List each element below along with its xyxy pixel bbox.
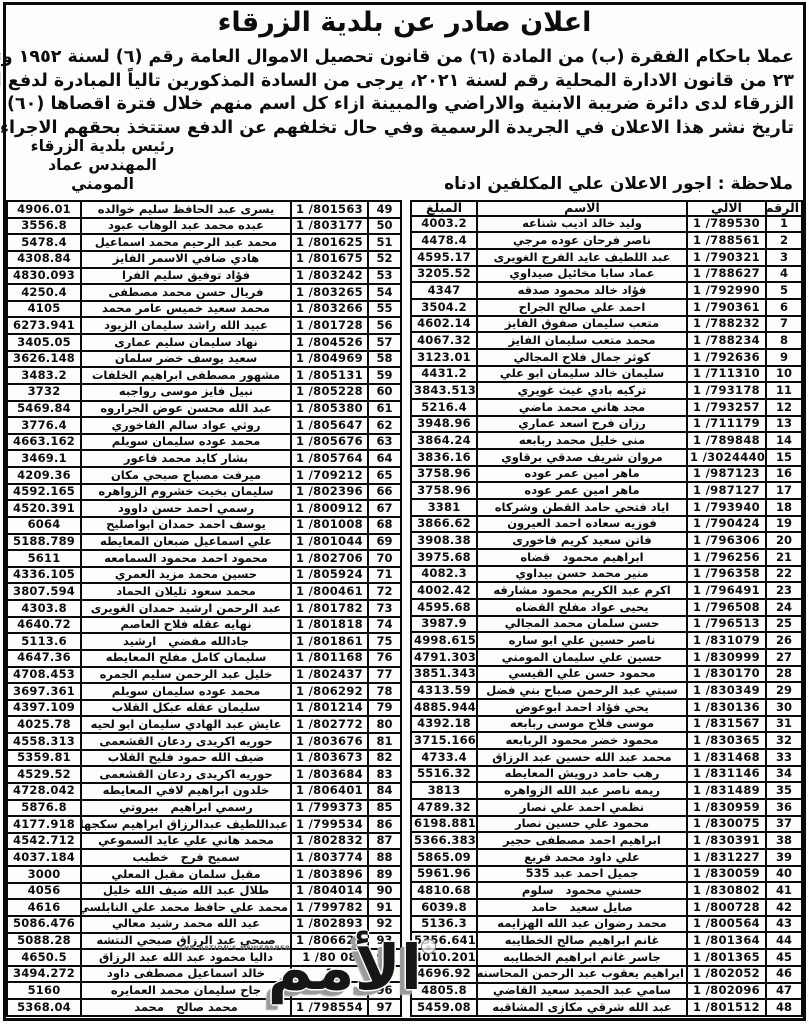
table-row: 641 /805764بشار كايد محمد فاعور3469.1 <box>7 450 401 467</box>
file-number: 1 /801782 <box>291 600 368 617</box>
file-number: 1 /790424 <box>687 516 766 533</box>
row-number: 25 <box>766 616 802 633</box>
amount-due: 4056 <box>7 883 81 900</box>
taxpayer-name: محمد عوده سليمان سويلم <box>81 434 291 451</box>
amount-due: 4906.01 <box>7 201 81 218</box>
row-number: 45 <box>766 949 802 966</box>
table-row: 41 /788627عماد سابا مخائيل صيداوي3205.52 <box>411 266 802 283</box>
taxpayer-name: محمد متعب سليمان الفايز <box>477 332 687 349</box>
amount-due: 4696.92 <box>411 966 477 983</box>
table-row: 291 /830349سبتي عبد الرحمن صباح بني فضل4… <box>411 682 802 699</box>
row-number: 86 <box>368 816 401 833</box>
row-number: 64 <box>368 450 401 467</box>
amount-due: 3758.96 <box>411 482 477 499</box>
table-row: 851 /799373رسمي ابراهيم بيروتي5876.8 <box>7 800 401 817</box>
file-number: 1 /830349 <box>687 682 766 699</box>
row-number: 49 <box>368 201 401 218</box>
taxpayer-name: محمد هاني علي عايد السموعي <box>81 833 291 850</box>
file-number: 1 /796491 <box>687 582 766 599</box>
taxpayer-name: فريال حسن محمد مصطفى <box>81 284 291 301</box>
table-row: 751 /801861جادالله مفضي ارشيد5113.6 <box>7 633 401 650</box>
row-number: 94 <box>368 949 401 966</box>
amount-due: 3483.2 <box>7 367 81 384</box>
taxpayer-name: حسن سلمان محمد المجالي <box>477 616 687 633</box>
row-number: 33 <box>766 749 802 766</box>
table-row: 541 /803265فريال حسن محمد مصطفى4250.4 <box>7 284 401 301</box>
amount-due: 3866.62 <box>411 516 477 533</box>
table-row: 581 /804969سعيد يوسف خضر سلمان3626.148 <box>7 351 401 368</box>
file-number: 1 /830802 <box>687 882 766 899</box>
amount-due: 3975.68 <box>411 549 477 566</box>
taxpayer-name: ضيف الله حمود فليح القلاب <box>81 750 291 767</box>
file-number: 1 /803242 <box>291 268 368 285</box>
taxpayer-name: يحي فؤاد احمد ابوعوض <box>477 699 687 716</box>
amount-due: 3504.2 <box>411 299 477 316</box>
file-number: 1 /801728 <box>291 317 368 334</box>
file-number: 1 /801563 <box>291 201 368 218</box>
table-row: 31 /790321عبد اللطيف عايد الفرج الغويرى4… <box>411 249 802 266</box>
row-number: 28 <box>766 666 802 683</box>
row-number: 81 <box>368 733 401 750</box>
file-number: 1 /802096 <box>687 983 766 1000</box>
table-row: 911 /799782محمد علي حافظ محمد علي النابل… <box>7 899 401 916</box>
taxpayer-name: جاسر غانم ابراهيم الخطايبه <box>477 949 687 966</box>
file-number: 1 /799373 <box>291 800 368 817</box>
taxpayer-name: اياد فتحي حامد القطن وشركاه <box>477 499 687 516</box>
file-number: 1 /831468 <box>687 749 766 766</box>
amount-due: 4347 <box>411 282 477 299</box>
amount-due: 6064 <box>7 517 81 534</box>
row-number: 80 <box>368 716 401 733</box>
table-row: 811 /803676حوريه اكريدى ردعان القشعمى455… <box>7 733 401 750</box>
taxpayer-name: ابراهيم يعقوب عبد الرحمن المحاسنه <box>477 966 687 983</box>
file-number: 1 <box>291 966 368 983</box>
taxpayer-name: نهاد سليمان سليم عمارى <box>81 334 291 351</box>
amount-due: 5188.789 <box>7 534 81 551</box>
body-line-1: عملا باحكام الفقرة (ب) من المادة (٦) من … <box>15 46 794 70</box>
file-number: 1 /801861 <box>291 633 368 650</box>
amount-due: 3697.361 <box>7 683 81 700</box>
row-number: 43 <box>766 916 802 933</box>
amount-due: 4025.78 <box>7 716 81 733</box>
taxpayer-name: جادالله مفضي ارشيد <box>81 633 291 650</box>
table-row: 231 /796491اكرم عبد الكريم محمود مشارقه4… <box>411 582 802 599</box>
amount-due: 4303.8 <box>7 600 81 617</box>
amount-due: 4805.8 <box>411 983 477 1000</box>
amount-due: 4082.3 <box>411 566 477 583</box>
row-number: 46 <box>766 966 802 983</box>
file-number: 1 /831489 <box>687 782 766 799</box>
taxpayer-name: ناصر فرحان عوده مرجي <box>477 232 687 249</box>
file-number: 1 /987123 <box>687 466 766 483</box>
row-number: 51 <box>368 234 401 251</box>
table-row: 941 /80 08داليا محمود عبد الله عبد الرزا… <box>7 949 401 966</box>
row-number: 63 <box>368 434 401 451</box>
row-number: 74 <box>368 617 401 634</box>
row-number: 76 <box>368 650 401 667</box>
table-row: 571 /804526نهاد سليمان سليم عمارى3405.05 <box>7 334 401 351</box>
taxpayer-name: محمود خضر محمود الربابعه <box>477 732 687 749</box>
file-number: 1 /830391 <box>687 832 766 849</box>
row-number: 67 <box>368 500 401 517</box>
amount-due: 5216.4 <box>411 399 477 416</box>
taxpayer-name: منى خليل محمد ربابعه <box>477 432 687 449</box>
file-number: 1 /831227 <box>687 849 766 866</box>
taxpayer-name: عبد الله محسن عوض الجراروه <box>81 401 291 418</box>
amount-due: 4308.84 <box>7 251 81 268</box>
taxpayer-name: يوسف احمد حمدان ابواصليح <box>81 517 291 534</box>
table-row: 101 /711310سليمان خالد سليمان ابو علي443… <box>411 366 802 383</box>
amount-due: 3494.272 <box>7 966 81 983</box>
newspaper-announcement: اعلان صادر عن بلدية الزرقاء عملا باحكام … <box>0 0 809 1024</box>
table-row: 121 /793257مجد هاني محمد ماضي5216.4 <box>411 399 802 416</box>
amount-due: 3405.05 <box>7 334 81 351</box>
row-number: 77 <box>368 667 401 684</box>
file-number: 1 /802832 <box>291 833 368 850</box>
file-number: 1 /80 08 <box>291 949 368 966</box>
row-number: 69 <box>368 534 401 551</box>
table-row: 21 /788561ناصر فرحان عوده مرجي4478.4 <box>411 232 802 249</box>
amount-due: 4602.14 <box>411 316 477 333</box>
row-number: 30 <box>766 699 802 716</box>
row-number: 71 <box>368 567 401 584</box>
taxpayer-name: مجد هاني محمد ماضي <box>477 399 687 416</box>
table-row: 341 /831146رهب حامد درويش المعايطه5516.3… <box>411 766 802 783</box>
taxpayer-name: عبده محمد عبد الوهاب عبود <box>81 218 291 235</box>
amount-due: 4010.201 <box>411 949 477 966</box>
taxpayer-name: نظمي احمد علي نصار <box>477 799 687 816</box>
taxpayer-name: ابراهيم محمود قضاه <box>477 549 687 566</box>
taxpayer-name: حسين محمد مزيد العمري <box>81 567 291 584</box>
file-number: 1 /801818 <box>291 617 368 634</box>
amount-due: 5359.81 <box>7 750 81 767</box>
file-number: 1 /805924 <box>291 567 368 584</box>
amount-due: 4592.165 <box>7 484 81 501</box>
amount-due: 5160 <box>7 982 81 999</box>
file-number: 1 /987127 <box>687 482 766 499</box>
taxpayer-name: فاتن سعيد كريم فاخورى <box>477 532 687 549</box>
signature-name: المهندس عماد المومني <box>20 156 185 194</box>
taxpayer-name: نهايه عقله فلاح العاصم <box>81 617 291 634</box>
table-row: 521 /801675هادي ضافي الاسمر الفايز4308.8… <box>7 251 401 268</box>
table-row: 731 /801782عبد الرحمن ارشيد حمدان الغوير… <box>7 600 401 617</box>
table-row: 891 /803896مقبل سلمان مقبل المعلي3000 <box>7 866 401 883</box>
table-row: 381 /830391ابراهيم احمد مصطفى حجير5366.3… <box>411 832 802 849</box>
table-row: 761 /801168سليمان كامل مفلح المعايطه4647… <box>7 650 401 667</box>
row-number: 20 <box>766 532 802 549</box>
taxpayer-name: سليمان بخيت خشروم الزواهره <box>81 484 291 501</box>
row-number: 65 <box>368 467 401 484</box>
table-row: 401 /830059جميل احمد عبد 5355961.96 <box>411 866 802 883</box>
table-row: 241 /796508يحيى عواد مفلح القضاه4595.68 <box>411 599 802 616</box>
taxpayers-table-left: 491 /801563يسرى عبد الحافظ سليم خوالده49… <box>6 200 402 1017</box>
row-number: 37 <box>766 816 802 833</box>
table-row: 901 /804014طلال عبد الله ضيف الله خليل40… <box>7 883 401 900</box>
amount-due: 4595.68 <box>411 599 477 616</box>
taxpayer-name: عبيد الله راشد سليمان الزيود <box>81 317 291 334</box>
amount-due: 5113.6 <box>7 633 81 650</box>
taxpayer-name: محمود احمد محمود السمامعه <box>81 550 291 567</box>
row-number: 62 <box>368 417 401 434</box>
table-row: 251 /796513حسن سلمان محمد المجالي3987.9 <box>411 616 802 633</box>
amount-due: 4789.32 <box>411 799 477 816</box>
file-number: 1 /788234 <box>687 332 766 349</box>
row-number: 10 <box>766 366 802 383</box>
table-row: 471 /802096سامي عبد الحميد سعيد القاضي48… <box>411 983 802 1000</box>
file-number: 1 /803673 <box>291 750 368 767</box>
amount-due: 4708.453 <box>7 667 81 684</box>
taxpayer-name: كوثر جمال فلاح المجالي <box>477 349 687 366</box>
file-number: 1 /830365 <box>687 732 766 749</box>
taxpayer-name: سبتي عبد الرحمن صباح بني فضل <box>477 682 687 699</box>
amount-due: 4520.391 <box>7 500 81 517</box>
amount-due: 4616 <box>7 899 81 916</box>
amount-due: 5086.476 <box>7 916 81 933</box>
taxpayer-name: صايل سعيد حامد <box>477 899 687 916</box>
table-row: 601 /805228نبيل فايز موسى رواجبه3732 <box>7 384 401 401</box>
row-number: 85 <box>368 800 401 817</box>
table-row: 311 /831567موسى فلاح موسى ربابعه4392.18 <box>411 716 802 733</box>
amount-due: 5088.28 <box>7 933 81 950</box>
amount-due: 4728.042 <box>7 783 81 800</box>
table-row: 711 /805924حسين محمد مزيد العمري4336.105 <box>7 567 401 584</box>
file-number: 1 /800461 <box>291 583 368 600</box>
table-row: 591 /805131مشهور مصطفى ابراهيم الخلفات34… <box>7 367 401 384</box>
row-number: 3 <box>766 249 802 266</box>
amount-due: 4431.2 <box>411 366 477 383</box>
amount-due: 4209.36 <box>7 467 81 484</box>
table-row: 441 /801364غانم ابراهيم صالح الخطايبه535… <box>411 932 802 949</box>
amount-due: 3556.8 <box>7 218 81 235</box>
taxpayer-name: موسى فلاح موسى ربابعه <box>477 716 687 733</box>
row-number: 90 <box>368 883 401 900</box>
taxpayer-name: فوزيه سعاده احمد العيرون <box>477 516 687 533</box>
amount-due: 4830.093 <box>7 268 81 285</box>
file-number: 1 /802052 <box>687 966 766 983</box>
file-number: 1 /805228 <box>291 384 368 401</box>
row-number: 91 <box>368 899 401 916</box>
amount-due: 4478.4 <box>411 232 477 249</box>
taxpayer-name: مروان شريف صدقي برقاوي <box>477 449 687 466</box>
table-row: 371 /830075محمود علي حسين نصار6198.881 <box>411 816 802 833</box>
amount-due: 5136.3 <box>411 916 477 933</box>
amount-due: 5876.8 <box>7 800 81 817</box>
table-row: 221 /796358منير محمد حسن بيداوي4082.3 <box>411 566 802 583</box>
amount-due: 3836.16 <box>411 449 477 466</box>
taxpayer-name: رهب حامد درويش المعايطه <box>477 766 687 783</box>
row-number: 47 <box>766 983 802 1000</box>
table-row: 331 /831468محمد عبد الله حسين عبد الرزاق… <box>411 749 802 766</box>
taxpayer-name: فؤاد خالد محمود صدقه <box>477 282 687 299</box>
file-number: 1 /802772 <box>291 716 368 733</box>
amount-due: 3908.38 <box>411 532 477 549</box>
file-number: 1 /802437 <box>291 667 368 684</box>
table-row: 96جاح سليمان محمد العمايره5160 <box>7 982 401 999</box>
taxpayer-name: محمد سعود تليلان الحماد <box>81 583 291 600</box>
file-number: 1 /831079 <box>687 632 766 649</box>
file-number: 1 /803676 <box>291 733 368 750</box>
row-number: 92 <box>368 916 401 933</box>
file-number: 1 /806292 <box>291 683 368 700</box>
table-row: 821 /803673ضيف الله حمود فليح القلاب5359… <box>7 750 401 767</box>
row-number: 18 <box>766 499 802 516</box>
row-number: 44 <box>766 932 802 949</box>
file-number: 1 /806625 <box>291 933 368 950</box>
amount-due: 3851.343 <box>411 666 477 683</box>
taxpayer-name: جاح سليمان محمد العمايره <box>81 982 291 999</box>
table-row: 181 /793940اياد فتحي حامد القطن وشركاه33… <box>411 499 802 516</box>
amount-due: 3758.96 <box>411 466 477 483</box>
amount-due: 3715.166 <box>411 732 477 749</box>
row-number: 42 <box>766 899 802 916</box>
row-number: 2 <box>766 232 802 249</box>
table-row: 931 /806625صبحي عبد الرزاق صبحي النتشه50… <box>7 933 401 950</box>
table-row: 791 /801214سليمان عقله عبكل القلاب4397.1… <box>7 700 401 717</box>
amount-due: 5368.04 <box>7 999 81 1016</box>
file-number: 1 /802396 <box>291 484 368 501</box>
file-number: 1 /793940 <box>687 499 766 516</box>
taxpayer-name: مشهور مصطفى ابراهيم الخلفات <box>81 367 291 384</box>
amount-due: 6273.941 <box>7 317 81 334</box>
row-number: 38 <box>766 832 802 849</box>
amount-due: 3626.148 <box>7 351 81 368</box>
file-number: 1 /792636 <box>687 349 766 366</box>
taxpayer-name: ابراهيم احمد مصطفى حجير <box>477 832 687 849</box>
amount-due: 4647.36 <box>7 650 81 667</box>
file-number: 1 /805380 <box>291 401 368 418</box>
file-number: 1 /830959 <box>687 799 766 816</box>
signature-block: رئيس بلدية الزرقاء المهندس عماد المومني <box>20 137 185 194</box>
table-row: 141 /789848منى خليل محمد ربابعه3864.24 <box>411 432 802 449</box>
row-number: 4 <box>766 266 802 283</box>
table-row: 921 /802893عبد الله محمد رشيد معالي5086.… <box>7 916 401 933</box>
row-number: 97 <box>368 999 401 1016</box>
taxpayer-name: خليل عبد الرحمن سليم الجمره <box>81 667 291 684</box>
taxpayer-name: طلال عبد الله ضيف الله خليل <box>81 883 291 900</box>
row-number: 7 <box>766 316 802 333</box>
table-row: 951خالد اسماعيل مصطفى داود3494.272 <box>7 966 401 983</box>
table-row: 491 /801563يسرى عبد الحافظ سليم خوالده49… <box>7 201 401 218</box>
table-row: 281 /830170محمود حسن علي القيسي3851.343 <box>411 666 802 683</box>
taxpayer-name: حسني محمود سلوم <box>477 882 687 899</box>
file-number: 1 /801214 <box>291 700 368 717</box>
taxpayer-name: عبداللطيف عبدالرزاق ابراهيم سكجها <box>81 816 291 833</box>
row-number: 1 <box>766 216 802 233</box>
amount-due: 4558.313 <box>7 733 81 750</box>
row-number: 24 <box>766 599 802 616</box>
file-number: 1 /801044 <box>291 534 368 551</box>
table-row: 801 /802772عايش عبد الهادي سليمان ابو لح… <box>7 716 401 733</box>
row-number: 34 <box>766 766 802 783</box>
taxpayer-name: محمد رضوان عبد الله الهزايمه <box>477 916 687 933</box>
row-number: 78 <box>368 683 401 700</box>
row-number: 70 <box>368 550 401 567</box>
row-number: 35 <box>766 782 802 799</box>
taxpayer-name: غانم ابراهيم صالح الخطايبه <box>477 932 687 949</box>
row-number: 13 <box>766 416 802 433</box>
body-line-3: الزرقاء لدى دائرة ضريبة الابنية والاراضي… <box>15 93 794 117</box>
taxpayer-name: يحيى عواد مفلح القضاه <box>477 599 687 616</box>
table-row: 481 /801512عبد الله شرقي مكازى المشاقبه5… <box>411 999 802 1016</box>
table-header-row: الرقم الالي الاسم المبلغ <box>411 201 802 216</box>
amount-due: 5459.08 <box>411 999 477 1016</box>
amount-due: 4002.42 <box>411 582 477 599</box>
taxpayer-name: عايش عبد الهادي سليمان ابو لحيه <box>81 716 291 733</box>
file-number: 1 /789848 <box>687 432 766 449</box>
table-row: 511 /801625محمد عبد الرحيم محمد اسماعيل5… <box>7 234 401 251</box>
table-row: 721 /800461محمد سعود تليلان الحماد3807.5… <box>7 583 401 600</box>
file-number: 1 /831567 <box>687 716 766 733</box>
taxpayer-name: علي داود محمد فريع <box>477 849 687 866</box>
amount-due: 4177.918 <box>7 816 81 833</box>
row-number: 15 <box>766 449 802 466</box>
row-number: 52 <box>368 251 401 268</box>
taxpayer-name: سليمان عقله عبكل القلاب <box>81 700 291 717</box>
file-number: 1 /831146 <box>687 766 766 783</box>
row-number: 59 <box>368 367 401 384</box>
table-row: 131 /711179رزان فرح اسعد عماري3948.96 <box>411 416 802 433</box>
page-title: اعلان صادر عن بلدية الزرقاء <box>0 7 809 38</box>
header-number: الرقم <box>766 201 802 216</box>
amount-due: 3123.01 <box>411 349 477 366</box>
table-row: 211 /796256ابراهيم محمود قضاه3975.68 <box>411 549 802 566</box>
table-row: 421 /800728صايل سعيد حامد6039.8 <box>411 899 802 916</box>
table-row: 501 /803177عبده محمد عبد الوهاب عبود3556… <box>7 218 401 235</box>
row-number: 26 <box>766 632 802 649</box>
header-name: الاسم <box>477 201 687 216</box>
file-number: 1 /801512 <box>687 999 766 1016</box>
taxpayer-name: ماهر امين عمر عوده <box>477 466 687 483</box>
taxpayer-name: رسمي ابراهيم بيروتي <box>81 800 291 817</box>
taxpayer-name: سليمان كامل مفلح المعايطه <box>81 650 291 667</box>
table-row: 871 /802832محمد هاني علي عايد السموعي454… <box>7 833 401 850</box>
file-number: 1 /801675 <box>291 251 368 268</box>
row-number: 68 <box>368 517 401 534</box>
taxpayer-name: حسين علي سليمان المومني <box>477 649 687 666</box>
amount-due: 5516.32 <box>411 766 477 783</box>
file-number: 1 /803266 <box>291 301 368 318</box>
file-number: 1 /793257 <box>687 399 766 416</box>
file-number: 1 /800728 <box>687 899 766 916</box>
file-number: 1 /802893 <box>291 916 368 933</box>
file-number: 1 /805131 <box>291 367 368 384</box>
taxpayer-name: عماد سابا مخائيل صيداوي <box>477 266 687 283</box>
row-number: 61 <box>368 401 401 418</box>
row-number: 31 <box>766 716 802 733</box>
table-row: 841 /806401خلدون ابراهيم لافي المعايطه47… <box>7 783 401 800</box>
row-number: 53 <box>368 268 401 285</box>
table-row: 561 /801728عبيد الله راشد سليمان الزيود6… <box>7 317 401 334</box>
amount-due: 4003.2 <box>411 216 477 233</box>
taxpayer-name: صبحي عبد الرزاق صبحي النتشه <box>81 933 291 950</box>
amount-due: 5961.96 <box>411 866 477 883</box>
file-number: 1 /799782 <box>291 899 368 916</box>
amount-due: 4595.17 <box>411 249 477 266</box>
file-number: 1 /711179 <box>687 416 766 433</box>
file-number: 1 /796508 <box>687 599 766 616</box>
taxpayer-name: محمد عبد الله حسين عبد الرزاق <box>477 749 687 766</box>
row-number: 29 <box>766 682 802 699</box>
amount-due: 4640.72 <box>7 617 81 634</box>
file-number: 1 /803896 <box>291 866 368 883</box>
table-row: 651 /709212ميرفت مصباح صبحي مكان4209.36 <box>7 467 401 484</box>
file-number: 1 /805764 <box>291 450 368 467</box>
taxpayer-name: حوريه اكريدى ردعان القشعمى <box>81 733 291 750</box>
table-row: 321 /830365محمود خضر محمود الربابعه3715.… <box>411 732 802 749</box>
file-number: 1 /801168 <box>291 650 368 667</box>
table-row: 971 /798554محمد صالح محمد5368.04 <box>7 999 401 1016</box>
taxpayer-name: داليا محمود عبد الله عبد الرزاق <box>81 949 291 966</box>
